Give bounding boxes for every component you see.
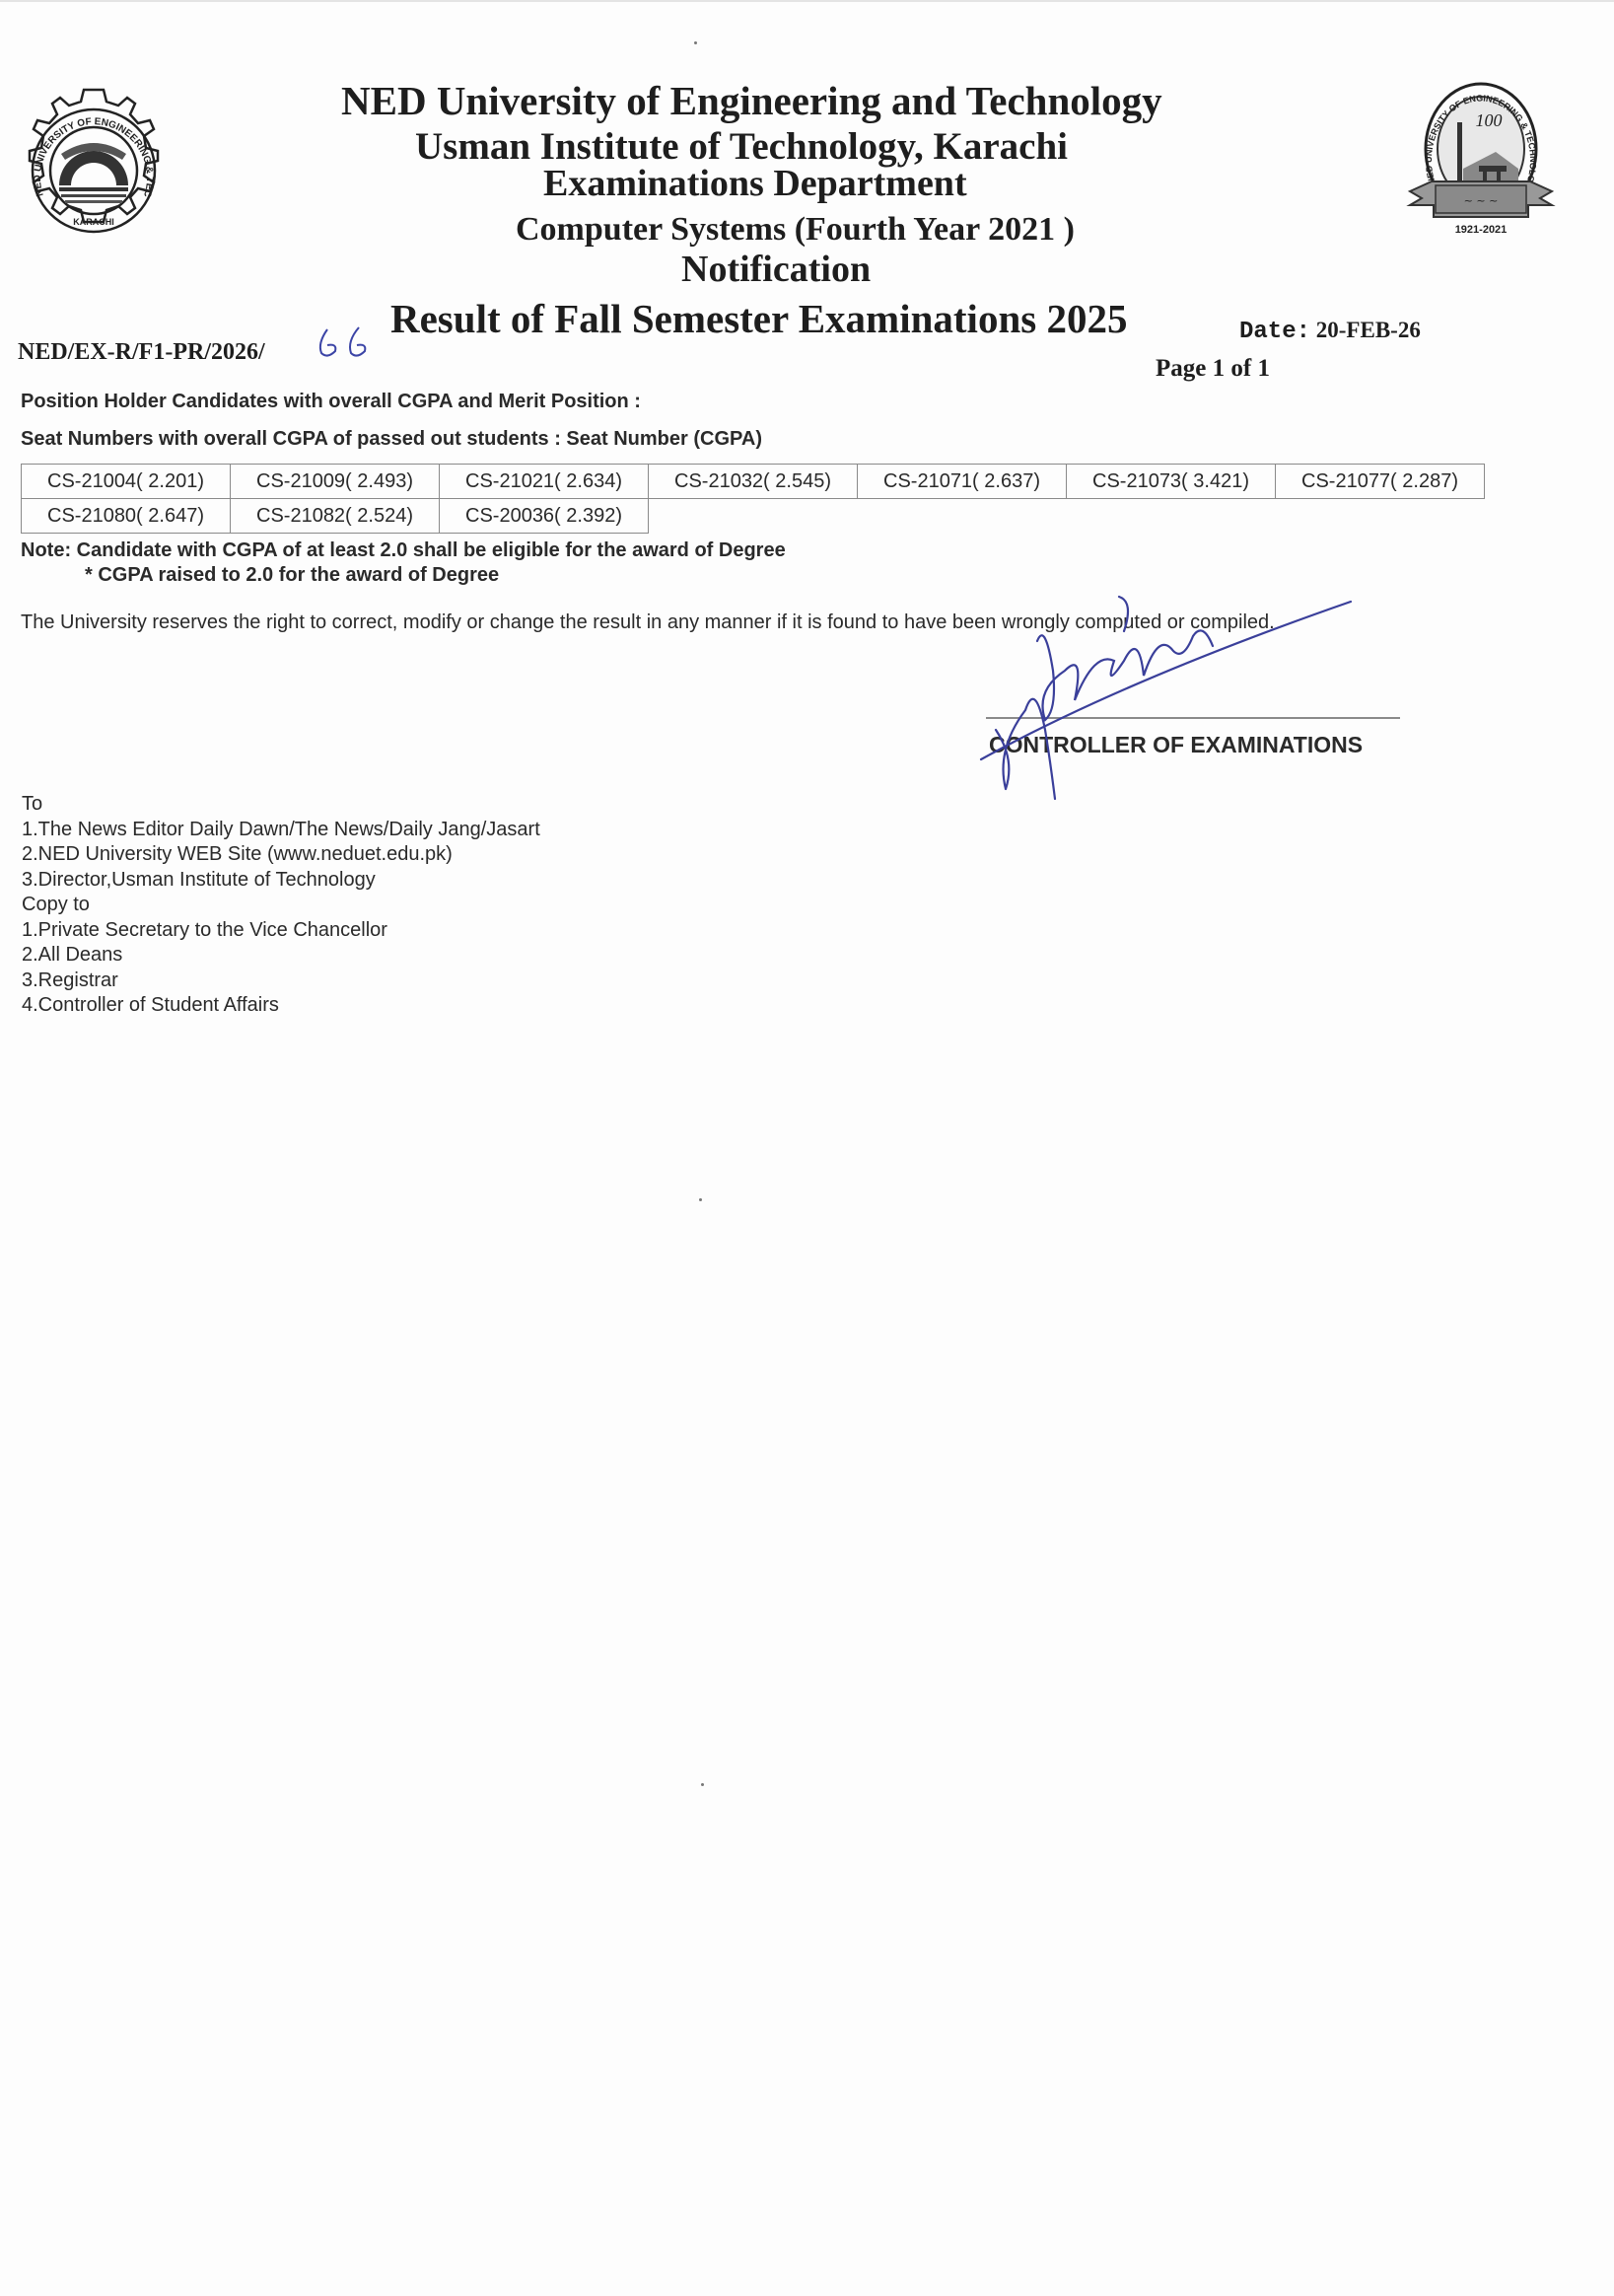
empty-cell <box>649 499 858 534</box>
notice-type: Notification <box>681 248 871 291</box>
date-label: Date: <box>1239 319 1310 345</box>
page-edge <box>0 0 1614 2</box>
program-title: Computer Systems (Fourth Year 2021 ) <box>516 211 1075 249</box>
position-holders-heading: Position Holder Candidates with overall … <box>21 391 641 413</box>
seat-cgpa-cell: CS-21073( 3.421) <box>1067 465 1276 499</box>
seat-cgpa-cell: CS-21077( 2.287) <box>1276 465 1485 499</box>
degree-eligibility-note: Note: Candidate with CGPA of at least 2.… <box>21 539 786 562</box>
seat-cgpa-cell: CS-21004( 2.201) <box>22 465 231 499</box>
reference-number: NED/EX-R/F1-PR/2026/ <box>18 339 265 366</box>
disclaimer-text: The University reserves the right to cor… <box>21 611 1275 634</box>
page-indicator: Page 1 of 1 <box>1156 355 1270 383</box>
svg-text:KARACHI: KARACHI <box>73 217 114 227</box>
copy-recipient-item: 4.Controller of Student Affairs <box>22 993 540 1019</box>
signatory-title: CONTROLLER OF EXAMINATIONS <box>989 732 1363 758</box>
university-title: NED University of Engineering and Techno… <box>341 77 1162 124</box>
recipient-item: 3.Director,Usman Institute of Technology <box>22 868 540 894</box>
svg-text:1921-2021: 1921-2021 <box>1455 224 1508 236</box>
notice-date: Date: 20-FEB-26 <box>1239 318 1421 345</box>
seat-cgpa-cell: CS-21080( 2.647) <box>22 499 231 534</box>
distribution-list: To 1.The News Editor Daily Dawn/The News… <box>22 792 540 1019</box>
empty-cell <box>1067 499 1276 534</box>
svg-text:~ ~ ~: ~ ~ ~ <box>1464 194 1499 207</box>
seat-cgpa-cell: CS-21082( 2.524) <box>231 499 440 534</box>
svg-text:100: 100 <box>1476 110 1503 130</box>
copy-recipient-item: 2.All Deans <box>22 943 540 969</box>
passed-students-heading: Seat Numbers with overall CGPA of passed… <box>21 428 762 451</box>
copy-recipient-item: 1.Private Secretary to the Vice Chancell… <box>22 918 540 944</box>
recipient-item: 1.The News Editor Daily Dawn/The News/Da… <box>22 818 540 843</box>
date-value: 20-FEB-26 <box>1310 318 1421 342</box>
seat-cgpa-cell: CS-21021( 2.634) <box>440 465 649 499</box>
empty-cell <box>1276 499 1485 534</box>
table-row: CS-21080( 2.647)CS-21082( 2.524)CS-20036… <box>22 499 1485 534</box>
recipient-item: 2.NED University WEB Site (www.neduet.ed… <box>22 842 540 868</box>
department-title: Examinations Department <box>543 162 967 205</box>
result-title: Result of Fall Semester Examinations 202… <box>390 295 1127 342</box>
empty-cell <box>858 499 1067 534</box>
seat-cgpa-cell: CS-20036( 2.392) <box>440 499 649 534</box>
scan-speck <box>694 41 697 44</box>
passed-students-table: CS-21004( 2.201)CS-21009( 2.493)CS-21021… <box>21 464 1485 534</box>
ned-gear-seal-icon: NED UNIVERSITY OF ENGINEERING & TECHNOLO… <box>10 77 177 254</box>
copy-to-label: Copy to <box>22 893 540 918</box>
cgpa-raised-note: * CGPA raised to 2.0 for the award of De… <box>85 564 499 587</box>
seat-cgpa-cell: CS-21009( 2.493) <box>231 465 440 499</box>
copy-recipient-item: 3.Registrar <box>22 969 540 994</box>
scan-speck <box>699 1198 702 1201</box>
to-label: To <box>22 792 540 818</box>
scan-speck <box>701 1783 704 1786</box>
handwritten-reference <box>314 322 388 363</box>
seat-cgpa-cell: CS-21071( 2.637) <box>858 465 1067 499</box>
seat-cgpa-cell: CS-21032( 2.545) <box>649 465 858 499</box>
ned-centenary-seal-icon: NED UNIVERSITY OF ENGINEERING & TECHNOLO… <box>1402 75 1560 248</box>
signature-line <box>986 717 1400 719</box>
table-row: CS-21004( 2.201)CS-21009( 2.493)CS-21021… <box>22 465 1485 499</box>
